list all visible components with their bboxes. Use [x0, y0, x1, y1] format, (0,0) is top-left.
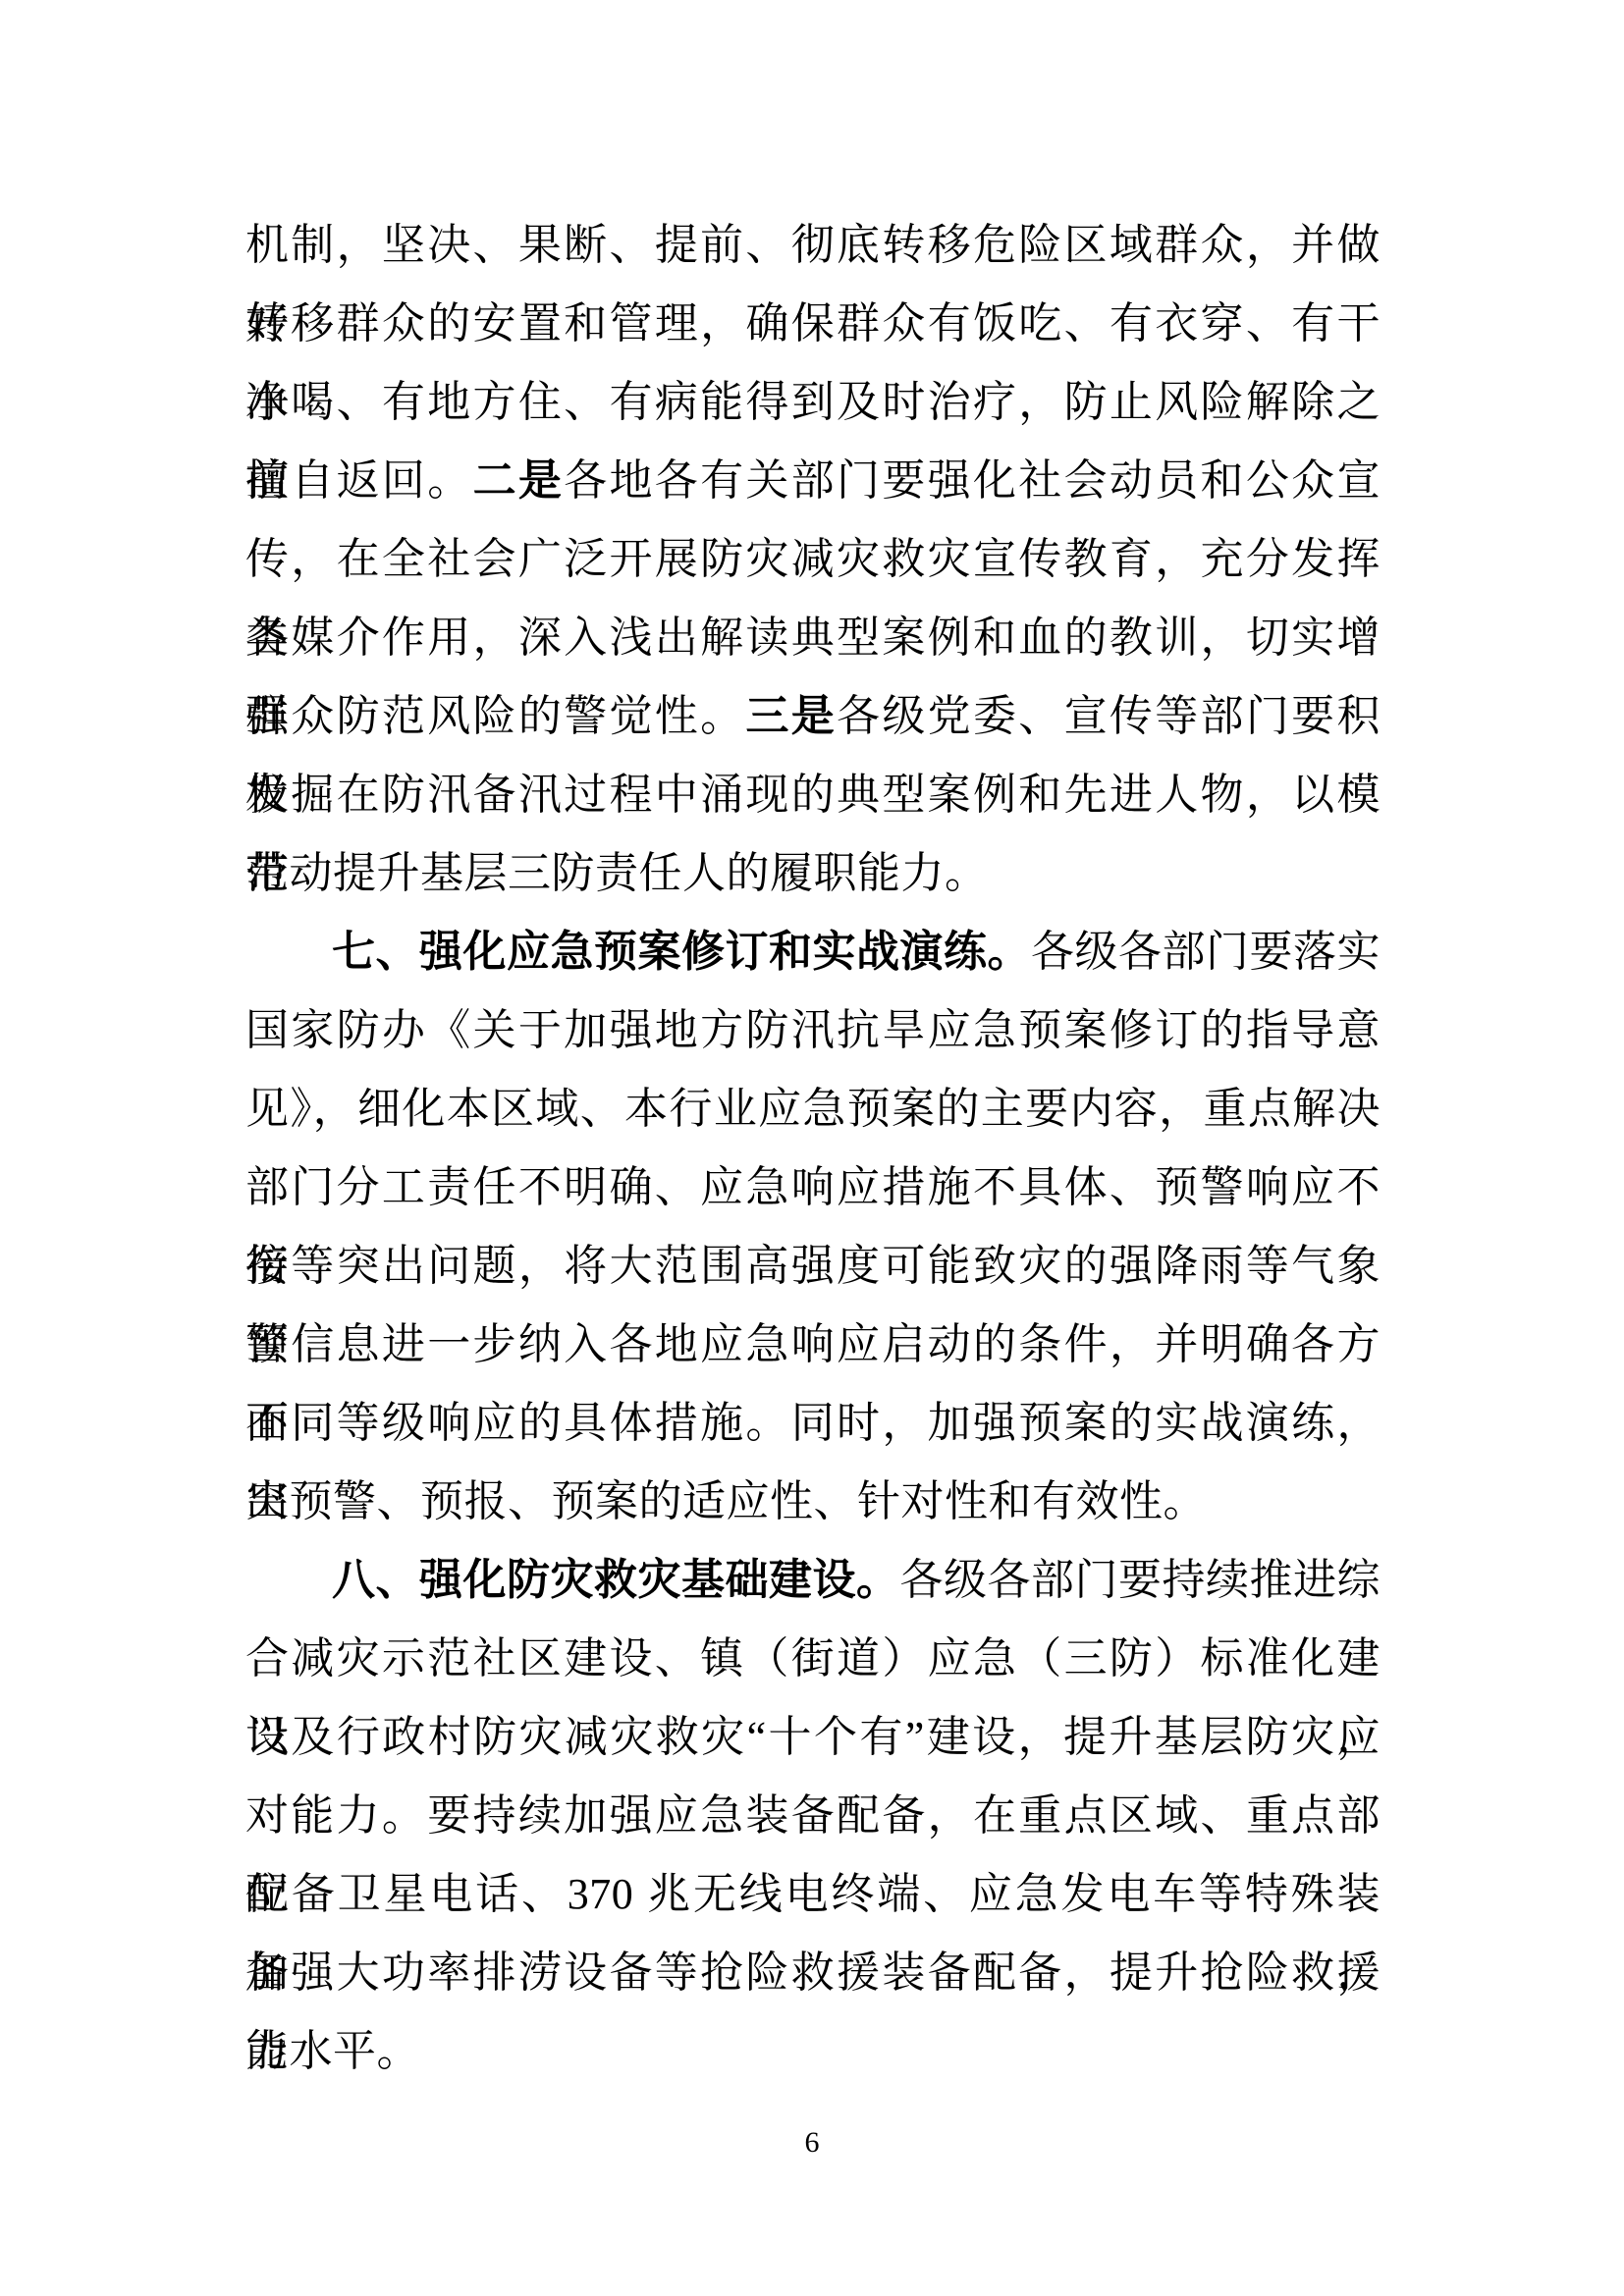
text-line: 擅自返回。二是各地各有关部门要强化社会动员和公众宣	[245, 442, 1380, 520]
text-line: 配备卫星电话、370 兆无线电终端、应急发电车等特殊装备，	[245, 1855, 1380, 1934]
text-line: 力水平。	[245, 2012, 1380, 2091]
text-line: 合减灾示范社区建设、镇（街道）应急（三防）标准化建设，	[245, 1620, 1380, 1698]
document-page: 机制，坚决、果断、提前、彻底转移危险区域群众，并做好转移群众的安置和管理，确保群…	[0, 0, 1624, 2296]
text-line: 接等突出问题，将大范围高强度可能致灾的强降雨等气象预	[245, 1227, 1380, 1306]
text-segment: 各级各部门要持续推进综	[900, 1556, 1381, 1604]
text-line: 警信息进一步纳入各地应急响应启动的条件，并明确各方面	[245, 1306, 1380, 1384]
text-segment: 各地各有关部门要强化社会动员和公众宣	[564, 456, 1380, 505]
text-segment: 国家防办《关于加强地方防汛抗旱应急预案修订的指导意	[245, 1006, 1380, 1054]
text-segment: 各级各部门要落实	[1031, 928, 1380, 976]
text-line: 七、强化应急预案修订和实战演练。各级各部门要落实	[245, 913, 1380, 991]
document-body: 机制，坚决、果断、提前、彻底转移危险区域群众，并做好转移群众的安置和管理，确保群…	[245, 206, 1380, 2091]
text-segment: 出预警、预报、预案的适应性、针对性和有效性。	[245, 1477, 1207, 1525]
page-number: 6	[0, 2126, 1624, 2160]
text-segment: 以及行政村防灾减灾救灾“十个有”建设，提升基层防灾应	[245, 1713, 1380, 1761]
text-line: 部门分工责任不明确、应急响应措施不具体、预警响应不衔	[245, 1148, 1380, 1227]
text-segment: 擅自返回。	[245, 456, 473, 505]
text-line: 传，在全社会广泛开展防灾减灾救灾宣传教育，充分发挥各	[245, 520, 1380, 599]
bold-text-segment: 三是	[745, 692, 837, 740]
text-line: 见》，细化本区域、本行业应急预案的主要内容，重点解决	[245, 1070, 1380, 1148]
text-line: 八、强化防灾救灾基础建设。各级各部门要持续推进综	[245, 1541, 1380, 1620]
text-segment: 见》，细化本区域、本行业应急预案的主要内容，重点解决	[245, 1085, 1380, 1133]
text-line: 类媒介作用，深入浅出解读典型案例和血的教训，切实增强	[245, 599, 1380, 677]
text-line: 群众防范风险的警觉性。三是各级党委、宣传等部门要积极	[245, 677, 1380, 756]
text-line: 不同等级响应的具体措施。同时，加强预案的实战演练，突	[245, 1384, 1380, 1463]
paragraph: 机制，坚决、果断、提前、彻底转移危险区域群众，并做好转移群众的安置和管理，确保群…	[245, 206, 1380, 913]
bold-text-segment: 二是	[473, 456, 565, 505]
text-segment: 力水平。	[245, 2027, 420, 2075]
text-line: 发掘在防汛备汛过程中涌现的典型案例和先进人物，以模范	[245, 756, 1380, 834]
text-segment: 带动提升基层三防责任人的履职能力。	[245, 849, 989, 897]
text-line: 机制，坚决、果断、提前、彻底转移危险区域群众，并做好	[245, 206, 1380, 285]
paragraph: 七、强化应急预案修订和实战演练。各级各部门要落实国家防办《关于加强地方防汛抗旱应…	[245, 913, 1380, 1541]
text-segment: 群众防范风险的警觉性。	[245, 692, 745, 740]
text-line: 国家防办《关于加强地方防汛抗旱应急预案修订的指导意	[245, 991, 1380, 1070]
text-line: 以及行政村防灾减灾救灾“十个有”建设，提升基层防灾应	[245, 1698, 1380, 1777]
bold-text-segment: 八、强化防灾救灾基础建设。	[332, 1556, 900, 1604]
text-line: 转移群众的安置和管理，确保群众有饭吃、有衣穿、有干净	[245, 285, 1380, 363]
text-line: 水喝、有地方住、有病能得到及时治疗，防止风险解除之前	[245, 363, 1380, 442]
paragraph: 八、强化防灾救灾基础建设。各级各部门要持续推进综合减灾示范社区建设、镇（街道）应…	[245, 1541, 1380, 2091]
text-line: 带动提升基层三防责任人的履职能力。	[245, 834, 1380, 913]
bold-text-segment: 七、强化应急预案修订和实战演练。	[332, 928, 1031, 976]
text-line: 出预警、预报、预案的适应性、针对性和有效性。	[245, 1463, 1380, 1541]
text-line: 对能力。要持续加强应急装备配备，在重点区域、重点部位	[245, 1777, 1380, 1855]
text-line: 加强大功率排涝设备等抢险救援装备配备，提升抢险救援能	[245, 1934, 1380, 2012]
